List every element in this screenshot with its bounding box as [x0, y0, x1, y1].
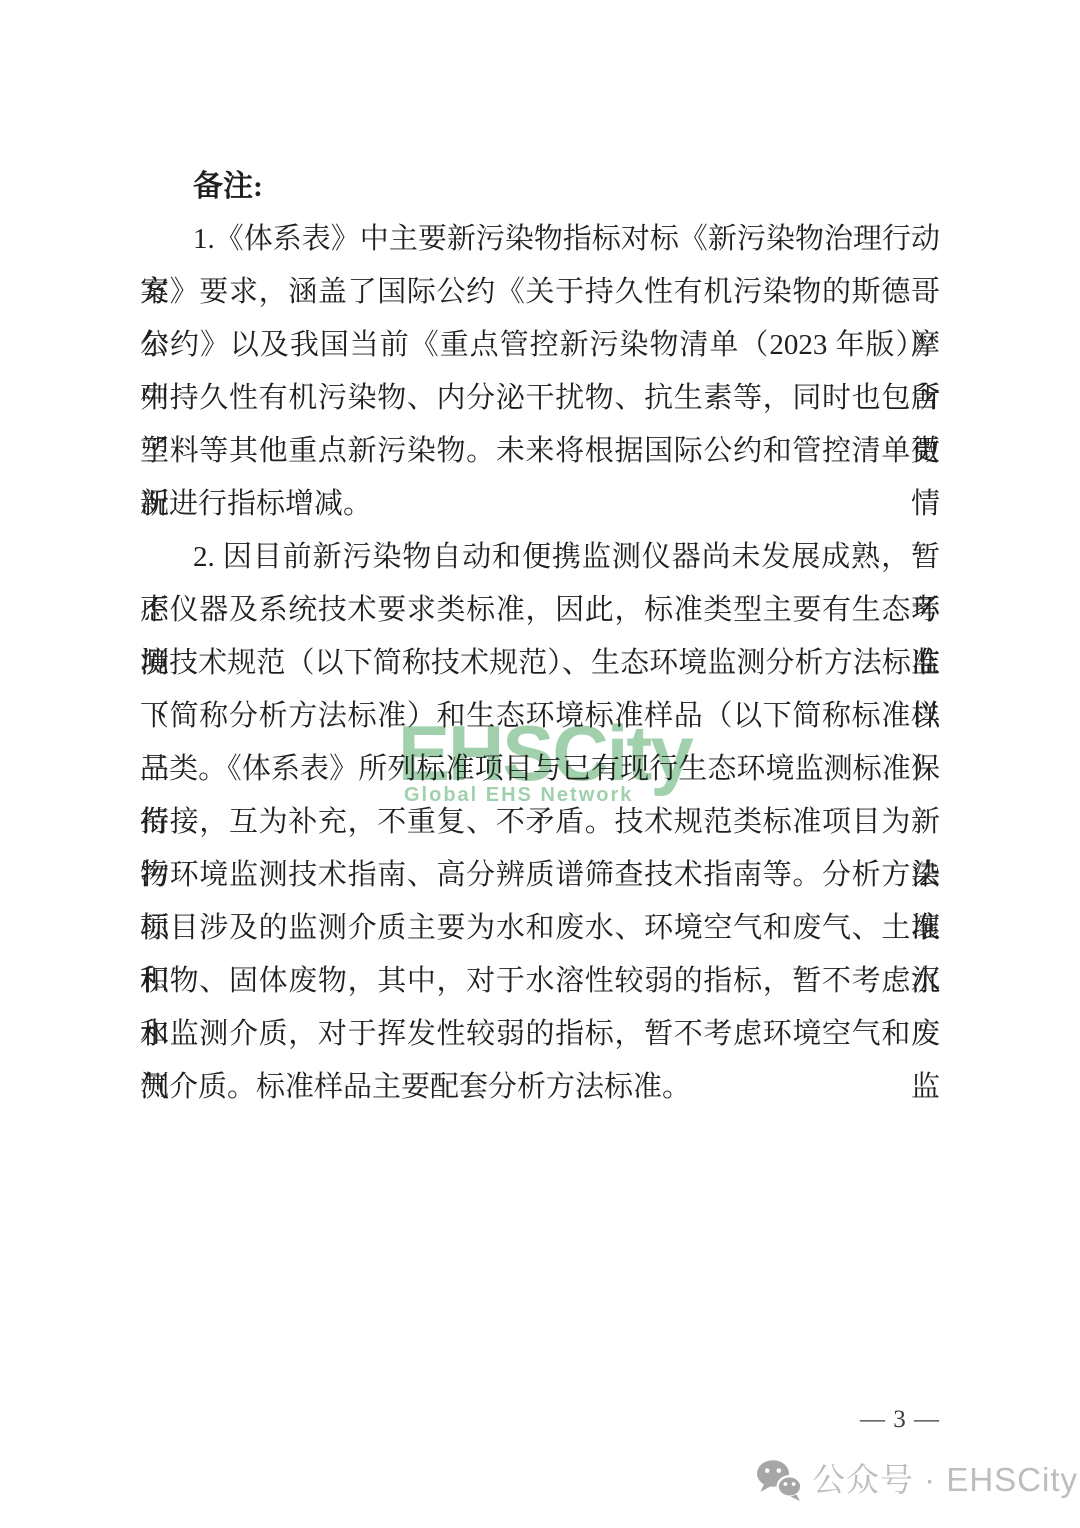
note-line-9: 测技术规范（以下简称技术规范）、生态环境监测分析方法标准（以 — [140, 637, 940, 690]
note-line-13: 物环境监测技术指南、高分辨质谱筛查技术指南等。分析方法标准 — [140, 849, 940, 902]
note-line-3: 公约》以及我国当前《重点管控新污染物清单（2023 年版）》中所 — [140, 319, 940, 372]
wechat-icon — [756, 1459, 803, 1502]
note-line-14: 项目涉及的监测介质主要为水和废水、环境空气和废气、土壤和沉 — [140, 902, 940, 955]
page-number: — 3 — — [860, 1406, 940, 1434]
note-line-8: 虑仪器及系统技术要求类标准，因此，标准类型主要有生态环境监 — [140, 584, 940, 637]
note-line-1: 1.《体系表》中主要新污染物指标对标《新污染物治理行动方 — [140, 213, 940, 266]
footer: 公众号 · EHSCity — [756, 1458, 1078, 1502]
note-line-11: 三类。《体系表》所列标准项目与已有现行生态环境监测标准保持 — [140, 743, 940, 796]
note-line-10: 下简称分析方法标准）和生态环境标准样品（以下简称标准样品） — [140, 690, 940, 743]
footer-label: 公众号 · EHSCity — [812, 1458, 1078, 1502]
note-line-2: 案》要求，涵盖了国际公约《关于持久性有机污染物的斯德哥尔摩 — [140, 266, 940, 319]
note-line-4: 列持久性有机污染物、内分泌干扰物、抗生素等，同时也包含了微 — [140, 372, 940, 425]
note-line-15: 积物、固体废物，其中，对于水溶性较弱的指标，暂不考虑水和废 — [140, 955, 940, 1008]
note-line-16: 水监测介质，对于挥发性较弱的指标，暂不考虑环境空气和废气监 — [140, 1008, 940, 1061]
document-page: EHSCity Global EHS Network 备注: 1.《体系表》中主… — [0, 0, 1080, 1528]
note-body: 备注: 1.《体系表》中主要新污染物指标对标《新污染物治理行动方 案》要求，涵盖… — [140, 160, 940, 1114]
note-line-12: 衔接，互为补充，不重复、不矛盾。技术规范类标准项目为新污染 — [140, 796, 940, 849]
note-heading: 备注: — [140, 160, 940, 213]
note-line-5: 塑料等其他重点新污染物。未来将根据国际公约和管控清单更新情 — [140, 425, 940, 478]
note-line-7: 2. 因目前新污染物自动和便携监测仪器尚未发展成熟，暂不考 — [140, 531, 940, 584]
